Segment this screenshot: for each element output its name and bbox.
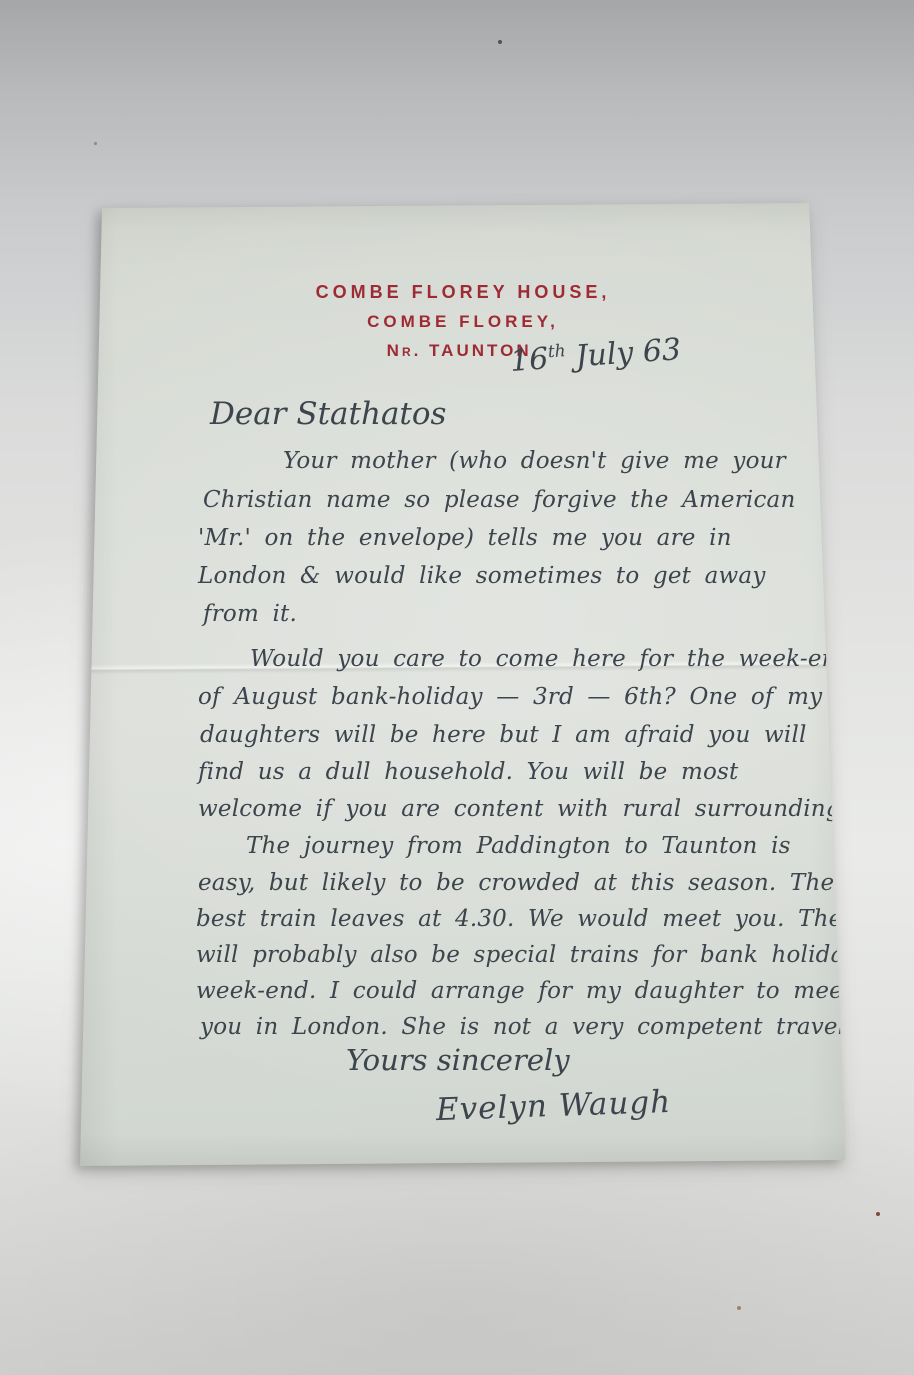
salutation: Dear Stathatos [210,396,446,432]
letter-line: of August bank-holiday — 3rd — 6th? One … [198,684,822,710]
letter-line: from it. [203,601,297,627]
date-day: 16 [509,341,550,379]
stain-speck [737,1306,741,1310]
letter-line: welcome if you are content with rural su… [198,796,860,822]
letter-paper: COMBE FLOREY HOUSE, COMBE FLOREY, Nr. TA… [78,200,846,1168]
letter-paper-wrapper: COMBE FLOREY HOUSE, COMBE FLOREY, Nr. TA… [78,200,846,1168]
stain-speck [876,1212,880,1216]
letterhead-line2: COMBE FLOREY, [238,312,688,332]
letterhead-line1: COMBE FLOREY HOUSE, [238,282,688,303]
photo-background: COMBE FLOREY HOUSE, COMBE FLOREY, Nr. TA… [0,0,914,1375]
letter-line: will probably also be special trains for… [196,942,858,968]
letter-line: Would you care to come here for the week… [250,646,852,672]
date-ordinal: th [547,341,566,362]
letter-line: Your mother (who doesn't give me your [283,448,786,474]
letter-line: find us a dull household. You will be mo… [198,759,738,785]
date-rest: July 63 [565,332,682,375]
letter-line: easy, but likely to be crowded at this s… [198,870,834,896]
letter-line: The journey from Paddington to Taunton i… [246,833,791,859]
letter-line: daughters will be here but I am afraid y… [200,722,807,748]
letter-line: 'Mr.' on the envelope) tells me you are … [198,525,732,551]
dust-speck [94,142,97,145]
letter-line: Christian name so please forgive the Ame… [203,487,795,513]
dust-speck [498,40,502,44]
letter-line: London & would like sometimes to get awa… [198,563,766,589]
letter-line: week-end. I could arrange for my daughte… [196,978,852,1004]
closing: Yours sincerely [346,1043,570,1077]
letter-line: best train leaves at 4.30. We would meet… [196,906,867,932]
letter-line: you in London. She is not a very compete… [200,1014,883,1040]
signature: Evelyn Waugh [435,1084,671,1128]
